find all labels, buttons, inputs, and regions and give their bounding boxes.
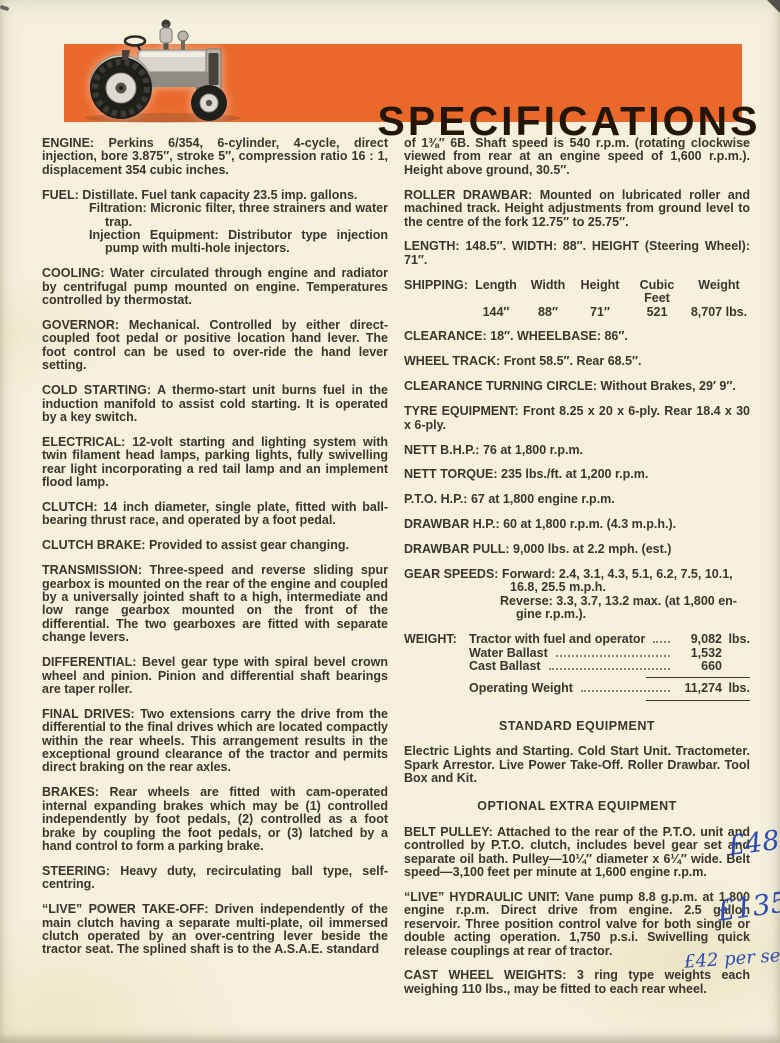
spec-hydraulic-unit: “LIVE” HYDRAULIC UNIT: Vane pump 8.8 g.p… xyxy=(404,891,750,958)
spec-engine: ENGINE: Perkins 6/354, 6-cylinder, 4-cyc… xyxy=(42,137,388,177)
weight-item: Cast Ballast xyxy=(469,660,541,673)
spec-drawbar-hp-label: DRAWBAR H.P.: xyxy=(404,517,500,531)
spec-steering: STEERING: Heavy duty, recirculating ball… xyxy=(42,865,388,892)
spec-roller-drawbar-label: ROLLER DRAWBAR: xyxy=(404,188,532,202)
spec-fuel: FUEL: Distillate. Fuel tank capacity 23.… xyxy=(42,189,388,202)
spec-drawbar-hp: DRAWBAR H.P.: 60 at 1,800 r.p.m. (4.3 m.… xyxy=(404,518,750,531)
spec-clearance-text: 18″. WHEELBASE: 86″. xyxy=(490,329,628,343)
spec-differential-label: DIFFERENTIAL: xyxy=(42,655,136,669)
tractor-photo xyxy=(78,18,256,124)
shipping-value-height: 71″ xyxy=(574,306,626,319)
spec-brakes-label: BRAKES: xyxy=(42,785,99,799)
dot-leader xyxy=(581,690,670,692)
spec-drawbar-pull-text: 9,000 lbs. at 2.2 mph. (est.) xyxy=(513,542,671,556)
spec-dimensions-label: LENGTH: xyxy=(404,239,460,253)
spec-fuel-text: Distillate. Fuel tank capacity 23.5 imp.… xyxy=(82,188,357,202)
spec-live-pto-label: “LIVE” POWER TAKE-OFF: xyxy=(42,902,209,916)
weight-unit: lbs. xyxy=(722,633,750,646)
spec-turning-circle-text: Without Brakes, 29′ 9″. xyxy=(601,379,736,393)
scan-speck xyxy=(0,5,9,12)
right-column: of 1⅜″ 6B. Shaft speed is 540 r.p.m. (ro… xyxy=(404,137,750,1008)
spec-electrical-label: ELECTRICAL: xyxy=(42,435,125,449)
spec-turning-circle: CLEARANCE TURNING CIRCLE: Without Brakes… xyxy=(404,380,750,393)
spec-drawbar-pull-label: DRAWBAR PULL: xyxy=(404,542,510,556)
spec-shipping: SHIPPING: Length Width Height Cubic Feet… xyxy=(404,279,750,319)
shipping-header-weight: Weight xyxy=(688,279,750,306)
dot-leader xyxy=(653,641,670,643)
spec-steering-label: STEERING: xyxy=(42,864,110,878)
spec-cooling: COOLING: Water circulated through engine… xyxy=(42,267,388,307)
spec-wheel-track: WHEEL TRACK: Front 58.5″. Rear 68.5″. xyxy=(404,355,750,368)
spec-roller-drawbar: ROLLER DRAWBAR: Mounted on lubricated ro… xyxy=(404,189,750,229)
weight-value: 9,082 xyxy=(676,633,722,646)
handwritten-price-belt-pulley: £48 xyxy=(726,825,780,862)
spec-belt-pulley: BELT PULLEY: Attached to the rear of the… xyxy=(404,826,750,880)
spec-transmission: TRANSMISSION: Three-speed and reverse sl… xyxy=(42,564,388,644)
spec-weight: WEIGHT: Tractor with fuel and operator 9… xyxy=(404,633,750,705)
shipping-header-length: Length xyxy=(470,279,522,306)
dot-leader xyxy=(549,668,670,670)
weight-row-cast-ballast: Cast Ballast 660 xyxy=(469,660,750,673)
weight-item: Tractor with fuel and operator xyxy=(469,633,645,646)
shipping-value-length: 144″ xyxy=(470,306,522,319)
spec-live-pto: “LIVE” POWER TAKE-OFF: Driven independen… xyxy=(42,903,388,957)
spec-fuel-injection-label: Injection Equipment: xyxy=(89,228,219,242)
spec-engine-label: ENGINE: xyxy=(42,136,94,150)
spec-nett-bhp: NETT B.H.P.: 76 at 1,800 r.p.m. xyxy=(404,444,750,457)
weight-row-water-ballast: Water Ballast 1,532 xyxy=(469,647,750,660)
gear-speeds-reverse-line2: gine r.p.m.). xyxy=(404,608,750,621)
spec-cold-starting-label: COLD STARTING: xyxy=(42,383,151,397)
scan-corner-mark xyxy=(767,0,780,13)
spec-turning-circle-label: CLEARANCE TURNING CIRCLE: xyxy=(404,379,597,393)
spec-dimensions: LENGTH: 148.5″. WIDTH: 88″. HEIGHT (Stee… xyxy=(404,240,750,267)
spec-nett-torque: NETT TORQUE: 235 lbs./ft. at 1,200 r.p.m… xyxy=(404,468,750,481)
optional-equipment-heading: OPTIONAL EXTRA EQUIPMENT xyxy=(404,800,750,813)
spec-tyres-label: TYRE EQUIPMENT: xyxy=(404,404,519,418)
spec-pto-hp-label: P.T.O. H.P.: xyxy=(404,492,467,506)
spec-nett-bhp-text: 76 at 1,800 r.p.m. xyxy=(483,443,583,457)
spec-nett-bhp-label: NETT B.H.P.: xyxy=(404,443,479,457)
weight-value: 660 xyxy=(676,660,722,673)
spec-fuel-filtration-text: Micronic filter, three strainers and wat… xyxy=(105,201,388,228)
spec-final-drives-label: FINAL DRIVES: xyxy=(42,707,135,721)
weight-value: 11,274 xyxy=(676,682,722,695)
spec-live-pto-continued: of 1⅜″ 6B. Shaft speed is 540 r.p.m. (ro… xyxy=(404,137,750,177)
shipping-value-width: 88″ xyxy=(522,306,574,319)
left-column: ENGINE: Perkins 6/354, 6-cylinder, 4-cyc… xyxy=(42,137,388,968)
standard-equipment-text: Electric Lights and Starting. Cold Start… xyxy=(404,745,750,785)
sum-rule xyxy=(646,677,750,678)
spec-nett-torque-text: 235 lbs./ft. at 1,200 r.p.m. xyxy=(501,467,648,481)
weight-unit: lbs. xyxy=(722,682,750,695)
weight-item: Operating Weight xyxy=(469,682,573,695)
spec-live-pto-continued-text: of 1⅜″ 6B. Shaft speed is 540 r.p.m. (ro… xyxy=(404,136,750,177)
spec-drawbar-pull: DRAWBAR PULL: 9,000 lbs. at 2.2 mph. (es… xyxy=(404,543,750,556)
spec-wheel-track-label: WHEEL TRACK: xyxy=(404,354,500,368)
shipping-header-width: Width xyxy=(522,279,574,306)
standard-equipment-heading: STANDARD EQUIPMENT xyxy=(404,720,750,733)
sum-rule xyxy=(646,700,750,701)
dot-leader xyxy=(556,655,670,657)
weight-row-tractor: Tractor with fuel and operator 9,082 lbs… xyxy=(469,633,750,646)
spec-tyres: TYRE EQUIPMENT: Front 8.25 x 20 x 6-ply.… xyxy=(404,405,750,432)
spec-transmission-label: TRANSMISSION: xyxy=(42,563,142,577)
spec-cast-wheel-weights-label: CAST WHEEL WEIGHTS: xyxy=(404,968,566,982)
spec-clearance: CLEARANCE: 18″. WHEELBASE: 86″. xyxy=(404,330,750,343)
spec-clutch-brake-label: CLUTCH BRAKE: xyxy=(42,538,145,552)
gear-speeds-forward-line1: Forward: 2.4, 3.1, 4.3, 5.1, 6.2, 7.5, 1… xyxy=(502,567,733,581)
spec-cooling-label: COOLING: xyxy=(42,266,105,280)
shipping-header-cubic-feet: Cubic Feet xyxy=(626,279,688,306)
spec-clutch-label: CLUTCH: xyxy=(42,500,98,514)
spec-fuel-filtration: Filtration: Micronic filter, three strai… xyxy=(42,202,388,229)
spec-shipping-label: SHIPPING: xyxy=(404,279,470,306)
spec-drawbar-hp-text: 60 at 1,800 r.p.m. (4.3 m.p.h.). xyxy=(503,517,676,531)
weight-item: Water Ballast xyxy=(469,647,548,660)
spec-cold-starting: COLD STARTING: A thermo-start unit burns… xyxy=(42,384,388,424)
spec-engine-text: Perkins 6/354, 6-cylinder, 4-cycle, dire… xyxy=(42,136,388,177)
spec-differential: DIFFERENTIAL: Bevel gear type with spira… xyxy=(42,656,388,696)
spec-final-drives: FINAL DRIVES: Two extensions carry the d… xyxy=(42,708,388,775)
spec-nett-torque-label: NETT TORQUE: xyxy=(404,467,498,481)
gear-speeds-reverse-line1: Reverse: 3.3, 3.7, 13.2 max. (at 1,800 e… xyxy=(404,595,750,608)
spec-fuel-label: FUEL: xyxy=(42,188,79,202)
spec-pto-hp: P.T.O. H.P.: 67 at 1,800 engine r.p.m. xyxy=(404,493,750,506)
shipping-value-cubic-feet: 521 xyxy=(626,306,688,319)
spec-clutch-brake-text: Provided to assist gear changing. xyxy=(149,538,349,552)
spec-fuel-injection: Injection Equipment: Distributor type in… xyxy=(42,229,388,256)
spec-hydraulic-unit-label: “LIVE” HYDRAULIC UNIT: xyxy=(404,890,560,904)
spec-pto-hp-text: 67 at 1,800 engine r.p.m. xyxy=(471,492,615,506)
spec-brakes: BRAKES: Rear wheels are fitted with cam-… xyxy=(42,786,388,853)
spec-fuel-filtration-label: Filtration: xyxy=(89,201,147,215)
spec-gear-speeds-label: GEAR SPEEDS: xyxy=(404,567,498,581)
shipping-header-height: Height xyxy=(574,279,626,306)
spec-electrical: ELECTRICAL: 12-volt starting and lightin… xyxy=(42,436,388,490)
spec-governor-label: GOVERNOR: xyxy=(42,318,119,332)
brochure-page: SPECIFICATIONS ENGINE: Perkins 6/354, 6-… xyxy=(0,0,780,1043)
spec-gear-speeds: GEAR SPEEDS: Forward: 2.4, 3.1, 4.3, 5.1… xyxy=(404,568,750,622)
weight-value: 1,532 xyxy=(676,647,722,660)
gear-speeds-forward-line2: 16.8, 25.5 m.p.h. xyxy=(404,581,750,594)
spec-clutch-brake: CLUTCH BRAKE: Provided to assist gear ch… xyxy=(42,539,388,552)
spec-belt-pulley-label: BELT PULLEY: xyxy=(404,825,493,839)
spec-clearance-label: CLEARANCE: xyxy=(404,329,487,343)
shipping-value-weight: 8,707 lbs. xyxy=(688,306,750,319)
spec-cast-wheel-weights: CAST WHEEL WEIGHTS: 3 ring type weights … xyxy=(404,969,750,996)
spec-clutch: CLUTCH: 14 inch diameter, single plate, … xyxy=(42,501,388,528)
weight-row-operating: Operating Weight 11,274 lbs. xyxy=(469,682,750,695)
spec-wheel-track-text: Front 58.5″. Rear 68.5″. xyxy=(504,354,642,368)
spec-governor: GOVERNOR: Mechanical. Controlled by eith… xyxy=(42,319,388,373)
spec-weight-label: WEIGHT: xyxy=(404,633,469,705)
